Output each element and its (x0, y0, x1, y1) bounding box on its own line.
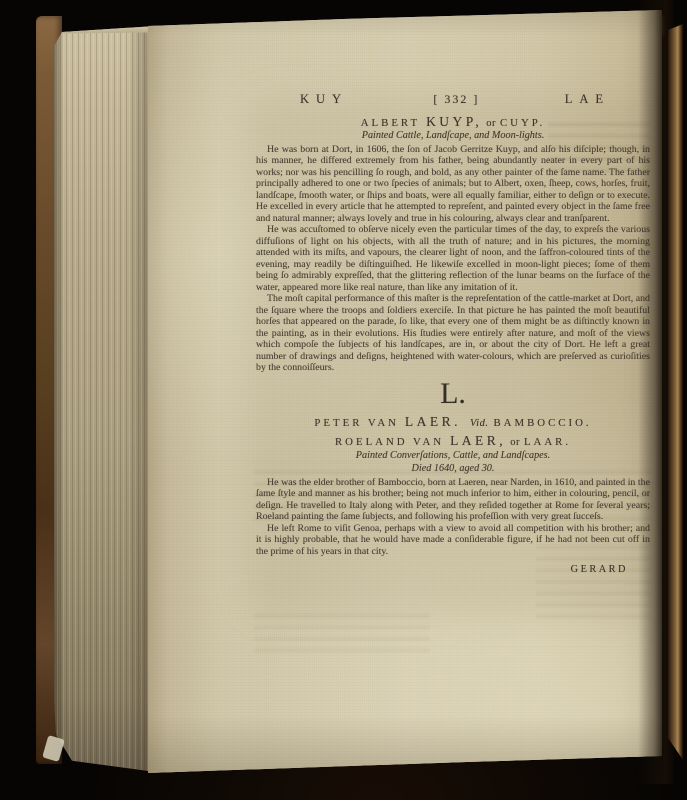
entry-title-first-name: Albert (361, 117, 420, 129)
entry-title-surname: KUYP, (426, 114, 482, 129)
page-edges-stack (54, 24, 156, 772)
page-text: KUY [ 332 ] LAE AlbertKUYP,orCuyp. Paint… (256, 94, 650, 576)
entry-title-alt-surname: Cuyp. (500, 117, 545, 129)
running-head: KUY [ 332 ] LAE (256, 94, 650, 106)
entry-title-or: or (510, 437, 520, 448)
entry-title-kuyp: AlbertKUYP,orCuyp. (256, 116, 650, 130)
entry-paragraph: The moſt capital performance of this maſ… (256, 293, 650, 374)
section-letter-heading: L. (256, 378, 650, 410)
catchword: Gerard (256, 564, 650, 576)
cross-reference-name: Bamboccio. (493, 417, 591, 429)
entry-surname: LAER, (450, 433, 506, 448)
entry-subtitle-kuyp: Painted Cattle, Landſcape, and Moon-ligh… (256, 130, 650, 142)
entry-title-or: or (486, 118, 496, 129)
book-photo: KUY [ 332 ] LAE AlbertKUYP,orCuyp. Paint… (0, 0, 687, 800)
entry-name: Peter Van (314, 417, 399, 429)
entry-subtitle-laer: Painted Converſations, Cattle, and Landſ… (256, 450, 650, 462)
entry-paragraph: He was accuſtomed to obſerve nicely even… (256, 224, 650, 293)
entry-title-peter-van-laer: Peter VanLAER.Vid.Bamboccio. (256, 416, 650, 430)
entry-paragraph: He was born at Dort, in 1606, the ſon of… (256, 144, 650, 225)
entry-title-roeland-van-laer: Roeland VanLAER,orLaar. (256, 435, 650, 449)
book-page: KUY [ 332 ] LAE AlbertKUYP,orCuyp. Paint… (148, 10, 662, 776)
cross-reference-vid: Vid. (470, 418, 488, 429)
running-head-left: KUY (300, 94, 348, 106)
ink-bleedthrough (254, 610, 430, 652)
entry-name: Roeland Van (335, 436, 444, 448)
entry-alt-surname: Laar. (524, 436, 571, 448)
entry-paragraph: He left Rome to viſit Genoa, perhaps wit… (256, 523, 650, 558)
running-head-right: LAE (565, 94, 610, 106)
entry-death-note: Died 1640, aged 30. (256, 463, 650, 475)
entry-surname: LAER. (405, 414, 461, 429)
entry-paragraph: He was the elder brother of Bamboccio, b… (256, 477, 650, 523)
page-number: [ 332 ] (433, 94, 479, 106)
facing-leaf-edge (668, 24, 683, 760)
